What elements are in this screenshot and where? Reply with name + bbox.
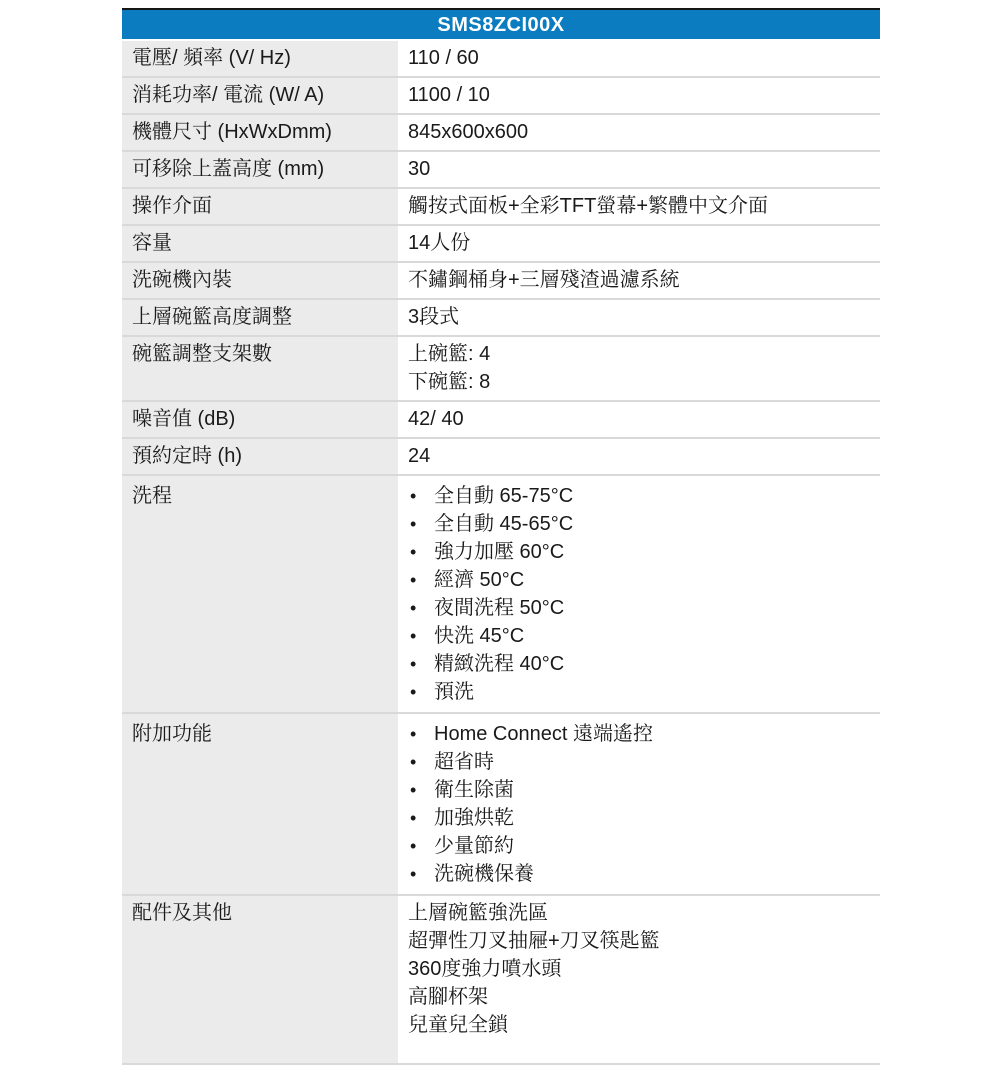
spec-value: Home Connect 遠端遙控超省時衛生除菌加強烘乾少量節約洗碗機保養 <box>398 714 880 894</box>
spec-label: 洗程 <box>122 476 398 712</box>
table-row: 操作介面觸按式面板+全彩TFT螢幕+繁體中文介面 <box>122 189 880 226</box>
spec-label: 機體尺寸 (HxWxDmm) <box>122 115 398 150</box>
spec-value-line: 30 <box>408 155 870 183</box>
spec-value-line: 少量節約 <box>408 832 870 860</box>
spec-label: 碗籃調整支架數 <box>122 337 398 400</box>
spec-value-line: 兒童兒全鎖 <box>408 1011 870 1039</box>
spec-value-line: 洗碗機保養 <box>408 860 870 888</box>
spec-value-line: 預洗 <box>408 678 870 706</box>
spec-value-line: 經濟 50°C <box>408 566 870 594</box>
spec-label: 噪音值 (dB) <box>122 402 398 437</box>
spec-label: 上層碗籃高度調整 <box>122 300 398 335</box>
spec-label: 容量 <box>122 226 398 261</box>
spec-value-line: 高腳杯架 <box>408 983 870 1011</box>
spec-rows: 電壓/ 頻率 (V/ Hz)110 / 60消耗功率/ 電流 (W/ A)110… <box>122 41 880 1065</box>
spec-value-line: Home Connect 遠端遙控 <box>408 720 870 748</box>
spec-value-line: 110 / 60 <box>408 44 870 72</box>
table-row: 可移除上蓋高度 (mm)30 <box>122 152 880 189</box>
table-row: 預約定時 (h)24 <box>122 439 880 476</box>
spec-value-line: 快洗 45°C <box>408 622 870 650</box>
spec-value-line: 上層碗籃強洗區 <box>408 899 870 927</box>
table-row: 配件及其他上層碗籃強洗區超彈性刀叉抽屜+刀叉筷匙籃360度強力噴水頭高腳杯架兒童… <box>122 896 880 1065</box>
spec-value-line: 全自動 65-75°C <box>408 482 870 510</box>
spec-label: 配件及其他 <box>122 896 398 1063</box>
bullet-list: Home Connect 遠端遙控超省時衛生除菌加強烘乾少量節約洗碗機保養 <box>408 720 870 888</box>
bullet-list: 全自動 65-75°C全自動 45-65°C強力加壓 60°C經濟 50°C夜間… <box>408 482 870 706</box>
spec-table: SMS8ZCI00X 電壓/ 頻率 (V/ Hz)110 / 60消耗功率/ 電… <box>122 8 880 1065</box>
table-row: 碗籃調整支架數上碗籃: 4下碗籃: 8 <box>122 337 880 402</box>
model-header: SMS8ZCI00X <box>122 10 880 41</box>
spec-value-line: 強力加壓 60°C <box>408 538 870 566</box>
spec-label: 洗碗機內裝 <box>122 263 398 298</box>
spec-value: 42/ 40 <box>398 402 880 437</box>
spec-value: 30 <box>398 152 880 187</box>
spec-value-line: 24 <box>408 442 870 470</box>
spec-value-line: 全自動 45-65°C <box>408 510 870 538</box>
spec-value-line: 下碗籃: 8 <box>408 368 870 396</box>
spec-value: 24 <box>398 439 880 474</box>
table-row: 洗碗機內裝不鏽鋼桶身+三層殘渣過濾系統 <box>122 263 880 300</box>
table-row: 上層碗籃高度調整3段式 <box>122 300 880 337</box>
spec-value: 110 / 60 <box>398 41 880 76</box>
spec-value-line: 42/ 40 <box>408 405 870 433</box>
spec-label: 消耗功率/ 電流 (W/ A) <box>122 78 398 113</box>
table-row: 消耗功率/ 電流 (W/ A)1100 / 10 <box>122 78 880 115</box>
spec-value-line: 不鏽鋼桶身+三層殘渣過濾系統 <box>408 266 870 294</box>
spec-value-line: 超省時 <box>408 748 870 776</box>
spec-value: 3段式 <box>398 300 880 335</box>
spec-value-line: 加強烘乾 <box>408 804 870 832</box>
spec-value-line: 觸按式面板+全彩TFT螢幕+繁體中文介面 <box>408 192 870 220</box>
table-row: 噪音值 (dB)42/ 40 <box>122 402 880 439</box>
spec-value-line: 1100 / 10 <box>408 81 870 109</box>
spec-value: 不鏽鋼桶身+三層殘渣過濾系統 <box>398 263 880 298</box>
model-name: SMS8ZCI00X <box>437 14 564 36</box>
table-row: 附加功能Home Connect 遠端遙控超省時衛生除菌加強烘乾少量節約洗碗機保… <box>122 714 880 896</box>
spec-label: 可移除上蓋高度 (mm) <box>122 152 398 187</box>
spec-value-line: 超彈性刀叉抽屜+刀叉筷匙籃 <box>408 927 870 955</box>
spec-value: 全自動 65-75°C全自動 45-65°C強力加壓 60°C經濟 50°C夜間… <box>398 476 880 712</box>
spec-value: 上碗籃: 4下碗籃: 8 <box>398 337 880 400</box>
spec-label: 電壓/ 頻率 (V/ Hz) <box>122 41 398 76</box>
spec-value: 14人份 <box>398 226 880 261</box>
table-row: 機體尺寸 (HxWxDmm)845x600x600 <box>122 115 880 152</box>
spec-value-line: 夜間洗程 50°C <box>408 594 870 622</box>
spec-label: 預約定時 (h) <box>122 439 398 474</box>
spec-value-line: 3段式 <box>408 303 870 331</box>
spec-label: 操作介面 <box>122 189 398 224</box>
spec-value: 845x600x600 <box>398 115 880 150</box>
spec-value-line: 845x600x600 <box>408 118 870 146</box>
table-row: 洗程全自動 65-75°C全自動 45-65°C強力加壓 60°C經濟 50°C… <box>122 476 880 714</box>
table-row: 電壓/ 頻率 (V/ Hz)110 / 60 <box>122 41 880 78</box>
spec-value: 上層碗籃強洗區超彈性刀叉抽屜+刀叉筷匙籃360度強力噴水頭高腳杯架兒童兒全鎖 <box>398 896 880 1063</box>
spec-value-line: 14人份 <box>408 229 870 257</box>
spec-value: 1100 / 10 <box>398 78 880 113</box>
table-row: 容量14人份 <box>122 226 880 263</box>
spec-value-line: 精緻洗程 40°C <box>408 650 870 678</box>
spec-value: 觸按式面板+全彩TFT螢幕+繁體中文介面 <box>398 189 880 224</box>
spec-value-line: 衛生除菌 <box>408 776 870 804</box>
spec-value-line: 360度強力噴水頭 <box>408 955 870 983</box>
spec-value-line: 上碗籃: 4 <box>408 340 870 368</box>
spec-label: 附加功能 <box>122 714 398 894</box>
